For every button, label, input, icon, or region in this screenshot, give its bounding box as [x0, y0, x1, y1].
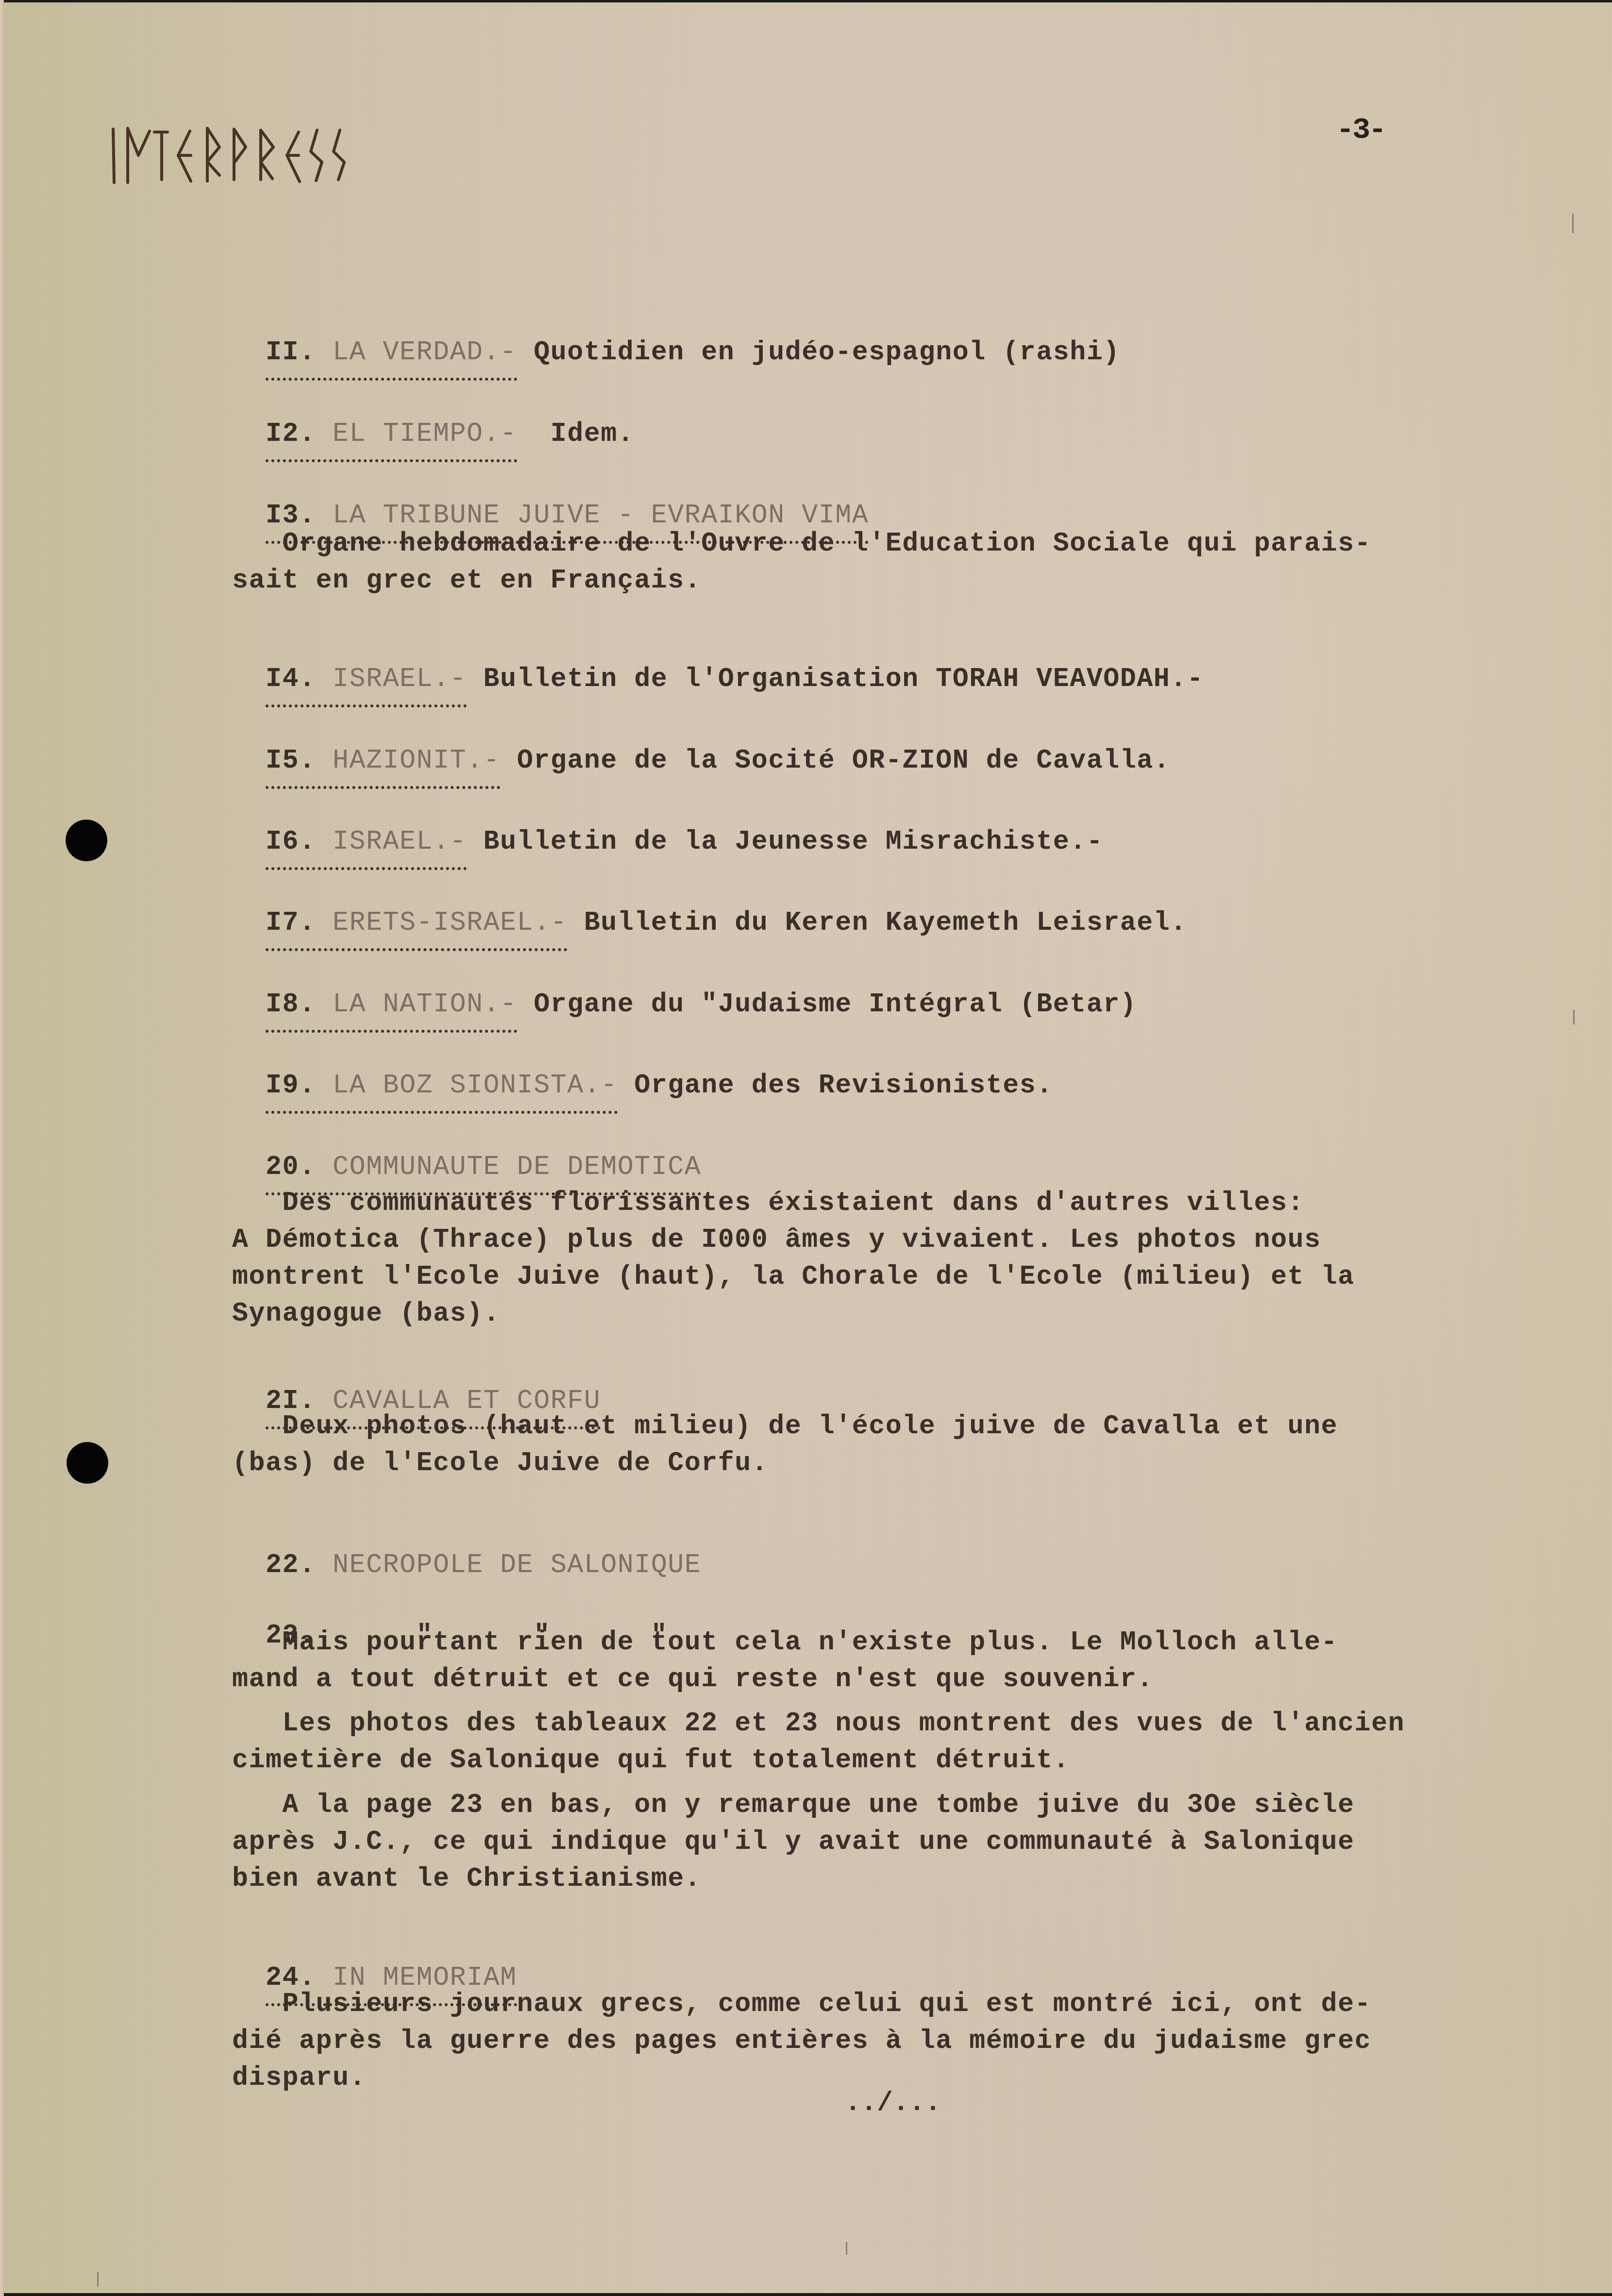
paragraph-23c: A la page 23 en bas, on y remarque une t…	[232, 1787, 1422, 1897]
punch-hole	[66, 820, 107, 861]
scan-top-edge	[0, 0, 1612, 2]
scan-left-edge	[0, 0, 4, 2296]
interpress-logo	[104, 125, 651, 184]
paragraph-21: Deux photos (haut et milieu) de l'école …	[232, 1408, 1422, 1482]
paragraph-23b: Les photos des tableaux 22 et 23 nous mo…	[232, 1705, 1422, 1779]
item-description: Bulletin de la Jeunesse Misrachiste.-	[467, 826, 1103, 857]
list-item: I2. EL TIEMPO.- Idem.	[232, 379, 634, 462]
item-heading: I5. HAZIONIT.-	[266, 742, 500, 789]
page-number: -3-	[1336, 113, 1385, 147]
item-heading: I9. LA BOZ SIONISTA.-	[266, 1067, 618, 1114]
paragraph-20: Des communautés florissantes éxistaient …	[232, 1185, 1422, 1332]
list-item: 20. COMMUNAUTE DE DEMOTICA	[232, 1112, 701, 1195]
list-item: I7. ERETS-ISRAEL.- Bulletin du Keren Kay…	[232, 868, 1187, 951]
list-item: I6. ISRAEL.- Bulletin de la Jeunesse Mis…	[232, 787, 1103, 870]
list-item: I8. LA NATION.- Organe du "Judaisme Inté…	[232, 949, 1137, 1033]
item-heading: II. LA VERDAD.-	[266, 334, 517, 381]
item-heading: I8. LA NATION.-	[266, 986, 517, 1033]
item-description: Quotidien en judéo-espagnol (rashi)	[517, 337, 1120, 368]
item-description: Organe du "Judaisme Intégral (Betar)	[517, 989, 1137, 1020]
item-heading: I4. ISRAEL.-	[266, 661, 467, 707]
list-item: I9. LA BOZ SIONISTA.- Organe des Revisio…	[232, 1030, 1053, 1114]
list-item: 22. NECROPOLE DE SALONIQUE	[232, 1510, 701, 1584]
item-heading: I7. ERETS-ISRAEL.-	[266, 905, 567, 951]
paragraph-23a: Mais pourtant rien de tout cela n'existe…	[232, 1624, 1422, 1698]
paragraph-24: Plusieurs journaux grecs, comme celui qu…	[232, 1986, 1422, 2096]
list-item: II. LA VERDAD.- Quotidien en judéo-espag…	[232, 297, 1120, 381]
paragraph-13: Organe hebdomadaire de l'Ouvre de l'Educ…	[232, 525, 1422, 599]
item-description: Idem.	[517, 419, 635, 449]
punch-hole	[67, 1442, 108, 1484]
item-description: Organe des Revisionistes.	[618, 1070, 1053, 1101]
item-heading: I6. ISRAEL.-	[266, 823, 467, 870]
scan-mark	[1572, 214, 1574, 233]
item-heading: 22. NECROPOLE DE SALONIQUE	[266, 1550, 701, 1580]
item-description: Organe de la Socité OR-ZION de Cavalla.	[500, 745, 1170, 776]
scan-mark	[846, 2242, 847, 2255]
scan-bottom-edge	[0, 2293, 1612, 2296]
list-item: I5. HAZIONIT.- Organe de la Socité OR-ZI…	[232, 705, 1170, 789]
list-item: I4. ISRAEL.- Bulletin de l'Organisation …	[232, 624, 1204, 707]
item-description: Bulletin du Keren Kayemeth Leisrael.	[567, 907, 1187, 938]
scan-mark	[1573, 1010, 1575, 1024]
scan-mark	[97, 2272, 99, 2287]
item-heading: I2. EL TIEMPO.-	[266, 416, 517, 462]
continuation-mark: ../...	[845, 2088, 941, 2118]
item-description: Bulletin de l'Organisation TORAH VEAVODA…	[467, 664, 1204, 694]
